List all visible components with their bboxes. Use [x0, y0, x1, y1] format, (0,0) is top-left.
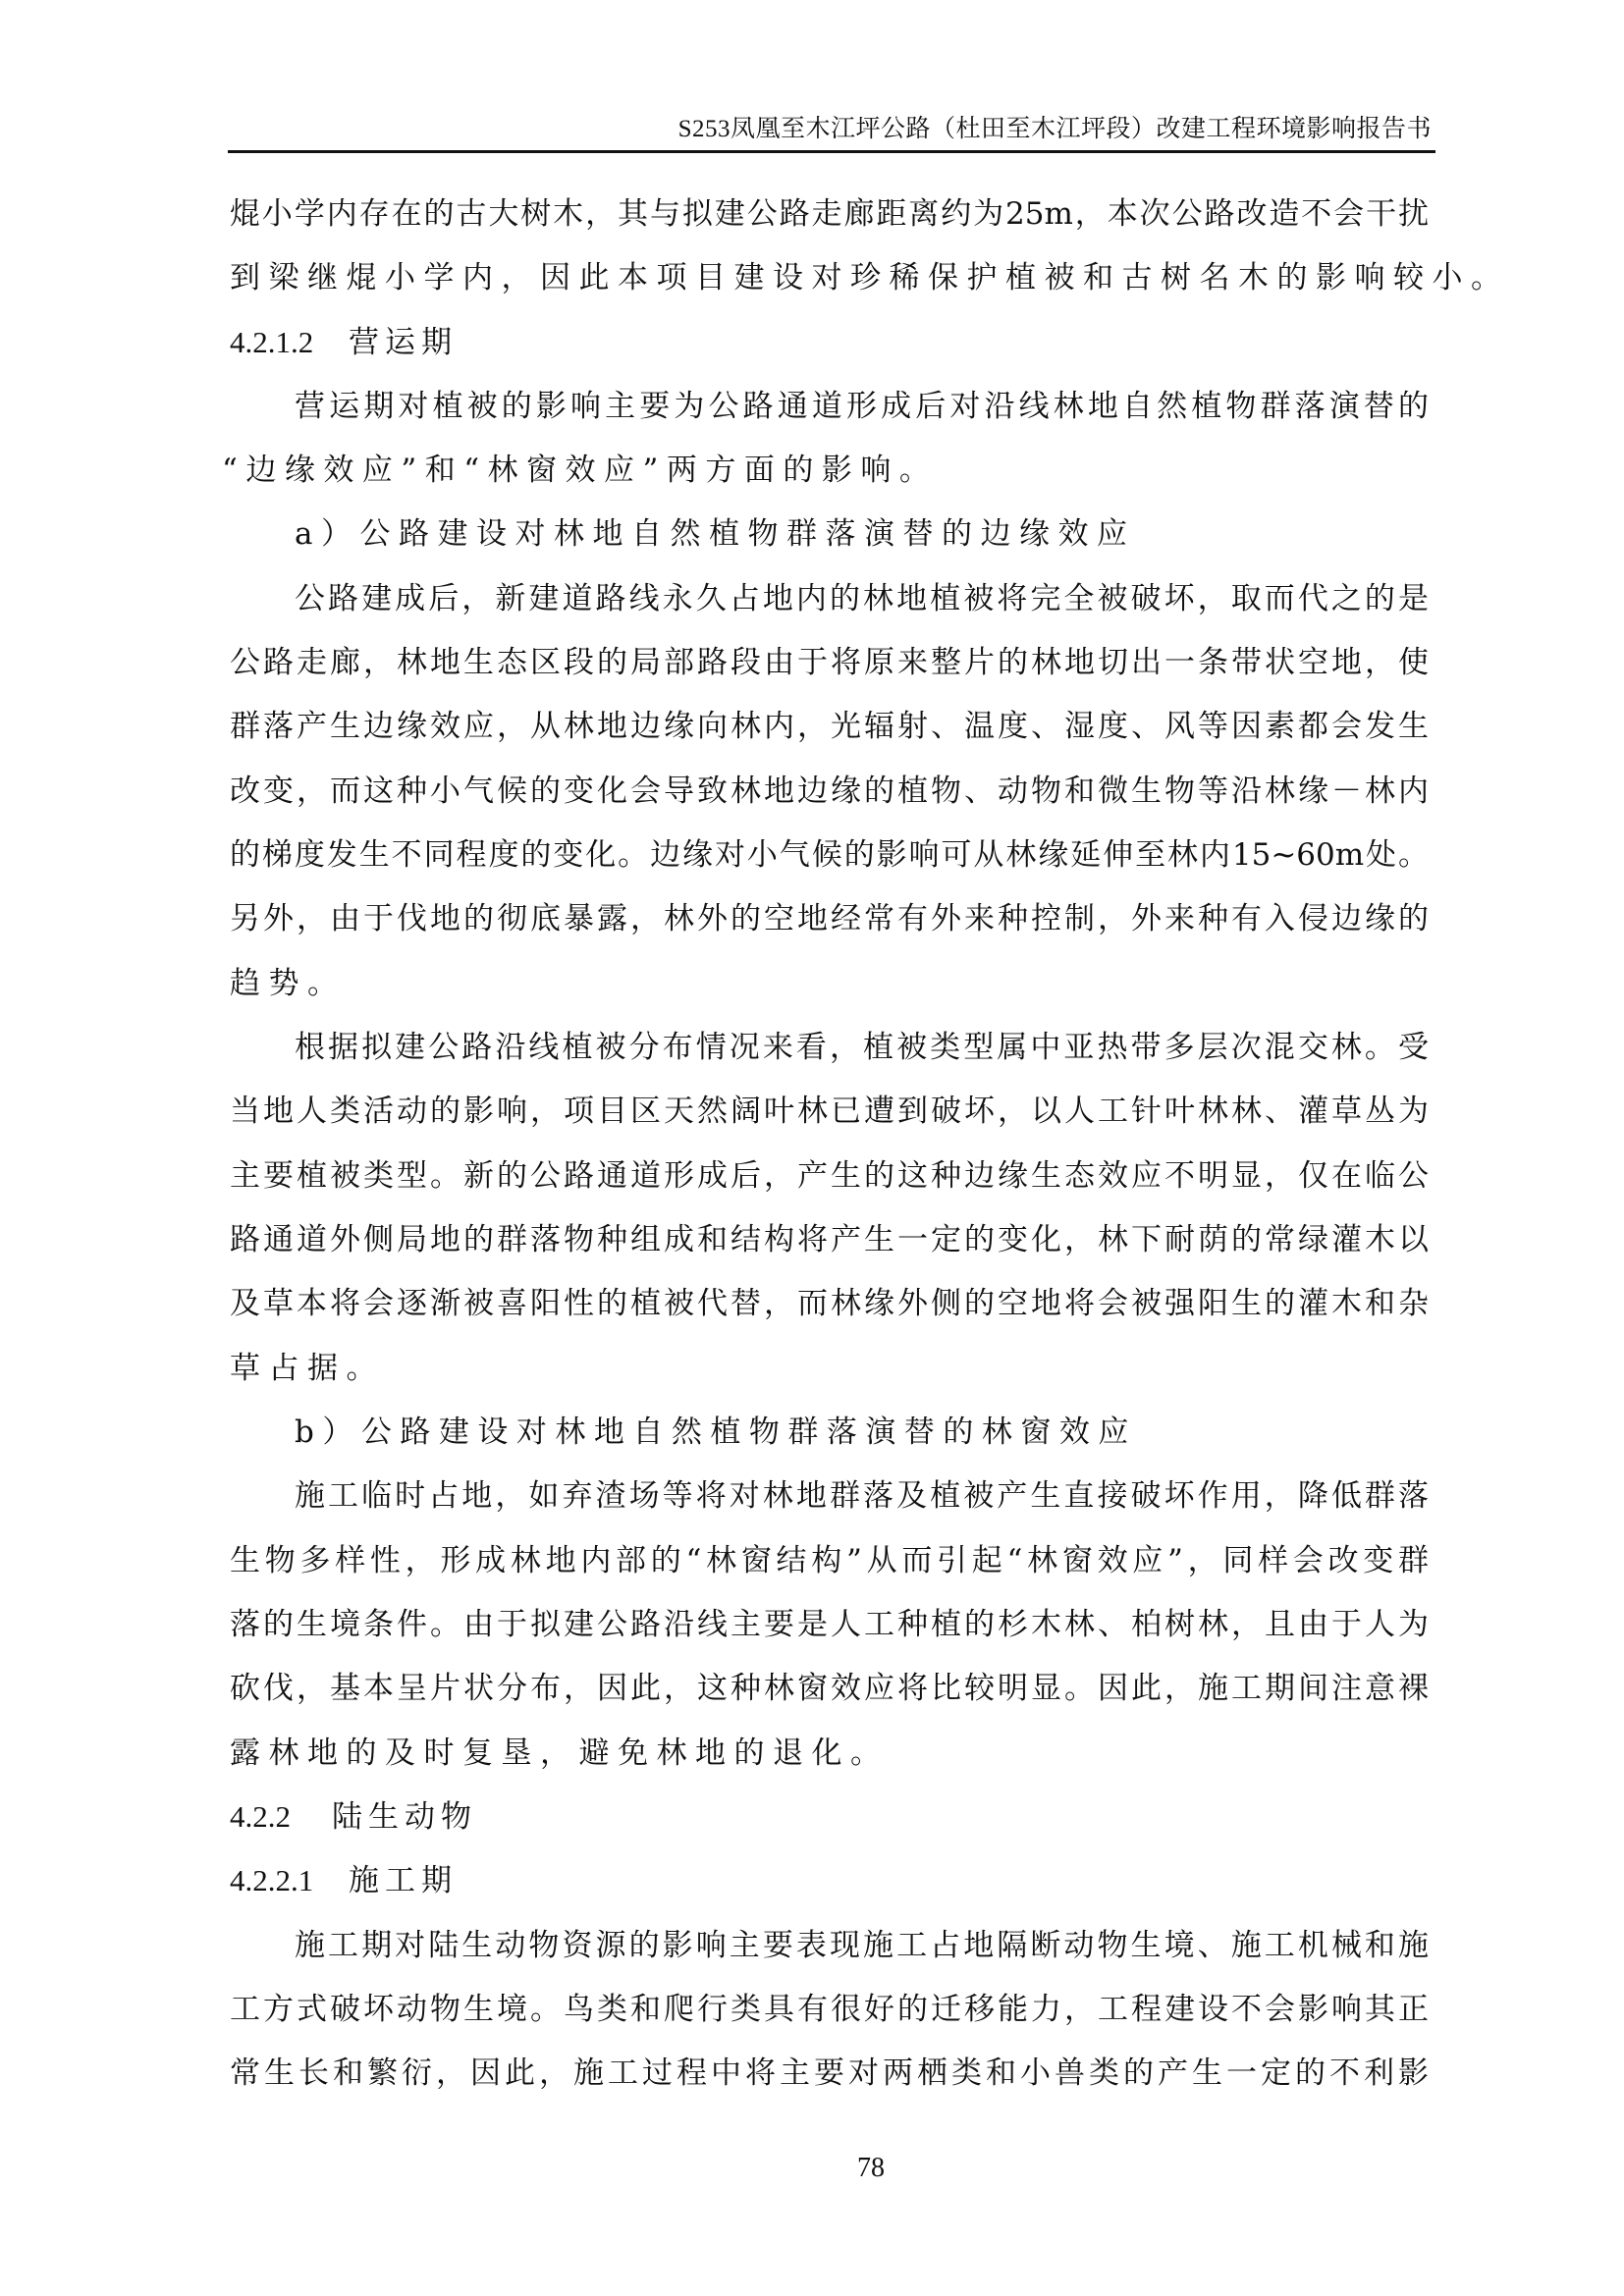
section-number: 4.2.1.2	[230, 321, 313, 364]
subheading-b: b）公路建设对林地自然植物群落演替的林窗效应	[295, 1411, 1137, 1454]
body-line: 趋势。	[230, 962, 1429, 1005]
body-line: 施工临时占地，如弃渣场等将对林地群落及植被产生直接破坏作用，降低群落	[295, 1474, 1429, 1518]
section-heading-4-2-1-2: 4.2.1.2 营运期	[230, 321, 1429, 364]
body-line: 公路走廊，林地生态区段的局部路段由于将原来整片的林地切出一条带状空地，使	[230, 641, 1429, 684]
body-line: 露林地的及时复垦，避免林地的退化。	[230, 1732, 1429, 1775]
section-heading-4-2-2: 4.2.2 陆生动物	[230, 1795, 1429, 1839]
body-line: 施工期对陆生动物资源的影响主要表现施工占地隔断动物生境、施工机械和施	[295, 1924, 1429, 1967]
body-line: 另外，由于伐地的彻底暴露，林外的空地经常有外来种控制，外来种有入侵边缘的	[230, 897, 1429, 940]
body-line: “边缘效应”和“林窗效应”两方面的影响。	[222, 449, 1421, 492]
body-line: 生物多样性，形成林地内部的“林窗结构”从而引起“林窗效应”，同样会改变群	[230, 1539, 1429, 1582]
body-line: 到梁继焜小学内，因此本项目建设对珍稀保护植被和古树名木的影响较小。	[230, 256, 1429, 299]
body-line: 工方式破坏动物生境。鸟类和爬行类具有很好的迁移能力，工程建设不会影响其正	[230, 1988, 1429, 2031]
body-line: 路通道外侧局地的群落物种组成和结构将产生一定的变化，林下耐荫的常绿灌木以	[230, 1218, 1429, 1261]
body-line: 及草本将会逐渐被喜阳性的植被代替，而林缘外侧的空地将会被强阳生的灌木和杂	[230, 1282, 1429, 1325]
body-line: 当地人类活动的影响，项目区天然阔叶林已遭到破坏，以人工针叶林林、灌草丛为	[230, 1090, 1429, 1133]
section-title: 营运期	[349, 321, 458, 364]
section-title: 施工期	[349, 1859, 458, 1902]
body-line: 主要植被类型。新的公路通道形成后，产生的这种边缘生态效应不明显，仅在临公	[230, 1154, 1429, 1198]
body-line: 砍伐，基本呈片状分布，因此，这种林窗效应将比较明显。因此，施工期间注意裸	[230, 1667, 1429, 1710]
body-line: 改变，而这种小气候的变化会导致林地边缘的植物、动物和微生物等沿林缘－林内	[230, 770, 1429, 813]
subheading-a: a）公路建设对林地自然植物群落演替的边缘效应	[295, 512, 1135, 556]
section-number: 4.2.2	[230, 1795, 291, 1839]
running-header-title: S253凤凰至木江坪公路（杜田至木江坪段）改建工程环境影响报告书	[678, 114, 1432, 145]
section-title: 陆生动物	[332, 1795, 477, 1839]
body-line: 公路建成后，新建道路线永久占地内的林地植被将完全被破坏，取而代之的是	[295, 577, 1429, 620]
page-number: 78	[857, 2153, 885, 2184]
header-rule	[228, 150, 1435, 153]
section-number: 4.2.2.1	[230, 1859, 313, 1902]
body-line: 根据拟建公路沿线植被分布情况来看，植被类型属中亚热带多层次混交林。受	[295, 1026, 1429, 1069]
body-line: 焜小学内存在的古大树木，其与拟建公路走廊距离约为25m，本次公路改造不会干扰	[230, 192, 1429, 236]
body-line: 的梯度发生不同程度的变化。边缘对小气候的影响可从林缘延伸至林内15~60m处。	[230, 833, 1429, 877]
body-line: 常生长和繁衍，因此，施工过程中将主要对两栖类和小兽类的产生一定的不利影	[230, 2052, 1429, 2095]
body-line: 群落产生边缘效应，从林地边缘向林内，光辐射、温度、湿度、风等因素都会发生	[230, 705, 1429, 748]
document-page: S253凤凰至木江坪公路（杜田至木江坪段）改建工程环境影响报告书 焜小学内存在的…	[0, 0, 1624, 2296]
body-line: 草占据。	[230, 1347, 1429, 1390]
section-heading-4-2-2-1: 4.2.2.1 施工期	[230, 1859, 1429, 1902]
body-line: 落的生境条件。由于拟建公路沿线主要是人工种植的杉木林、柏树林，且由于人为	[230, 1603, 1429, 1646]
body-line: 营运期对植被的影响主要为公路通道形成后对沿线林地自然植物群落演替的	[295, 385, 1429, 428]
